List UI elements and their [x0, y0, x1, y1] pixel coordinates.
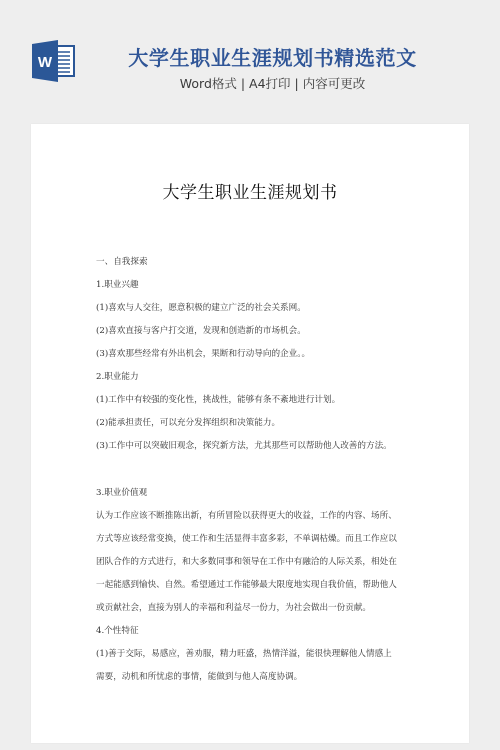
banner-title: 大学生职业生涯规划书精选范文 [120, 42, 425, 71]
paragraph-line: 或贡献社会，直接为别人的幸福和利益尽一份力，为社会做出一份贡献。 [96, 597, 416, 620]
list-item: (3)喜欢那些经常有外出机会，果断和行动导向的企业。。 [96, 343, 416, 366]
list-item: (3)工作中可以突破旧观念，探究新方法，尤其那些可以帮助他人改善的方法。 [96, 435, 416, 458]
subsection-heading: 2.职业能力 [96, 366, 416, 389]
list-item: (1)善于交际，易感应，善劝服，精力旺盛，热情洋溢，能很快理解他人情感上 [96, 643, 416, 666]
list-item: (2)能承担责任，可以充分发挥组织和决策能力。 [96, 412, 416, 435]
list-item: (2)喜欢直接与客户打交道，发现和创造新的市场机会。 [96, 320, 416, 343]
paragraph-line: 团队合作的方式进行，和大多数同事和领导在工作中有融洽的人际关系，相处在 [96, 551, 416, 574]
paragraph-line: 方式等应该经常变换，使工作和生活显得丰富多彩，不单调枯燥。而且工作应以 [96, 528, 416, 551]
svg-text:W: W [38, 54, 53, 71]
paragraph-line: 一起能感到愉快、自然。希望通过工作能够最大限度地实现自我价值，帮助他人 [96, 574, 416, 597]
paragraph-line: 需要，动机和所忧虑的事情，能做到与他人高度协调。 [96, 666, 416, 689]
subsection-heading: 4.个性特征 [96, 620, 416, 643]
document-title: 大学生职业生涯规划书 [31, 178, 469, 203]
paragraph-line: 认为工作应该不断推陈出新，有所冒险以获得更大的收益，工作的内容、场所、 [96, 505, 416, 528]
document-body: 一、自我探索 1.职业兴趣 (1)喜欢与人交往，愿意积极的建立广泛的社会关系网。… [96, 251, 416, 689]
list-item: (1)喜欢与人交往，愿意积极的建立广泛的社会关系网。 [96, 297, 416, 320]
word-document-icon: W [31, 40, 76, 82]
section-heading: 一、自我探索 [96, 251, 416, 274]
header-banner: W 大学生职业生涯规划书精选范文 Word格式 | A4打印 | 内容可更改 [0, 0, 500, 110]
list-item: (1)工作中有较强的变化性，挑战性，能够有条不紊地进行计划。 [96, 389, 416, 412]
subsection-heading: 1.职业兴趣 [96, 274, 416, 297]
subsection-heading: 3.职业价值观 [96, 482, 416, 505]
blank-line [96, 458, 416, 482]
document-page: 大学生职业生涯规划书 一、自我探索 1.职业兴趣 (1)喜欢与人交往，愿意积极的… [31, 124, 469, 743]
banner-subtitle: Word格式 | A4打印 | 内容可更改 [120, 74, 425, 92]
